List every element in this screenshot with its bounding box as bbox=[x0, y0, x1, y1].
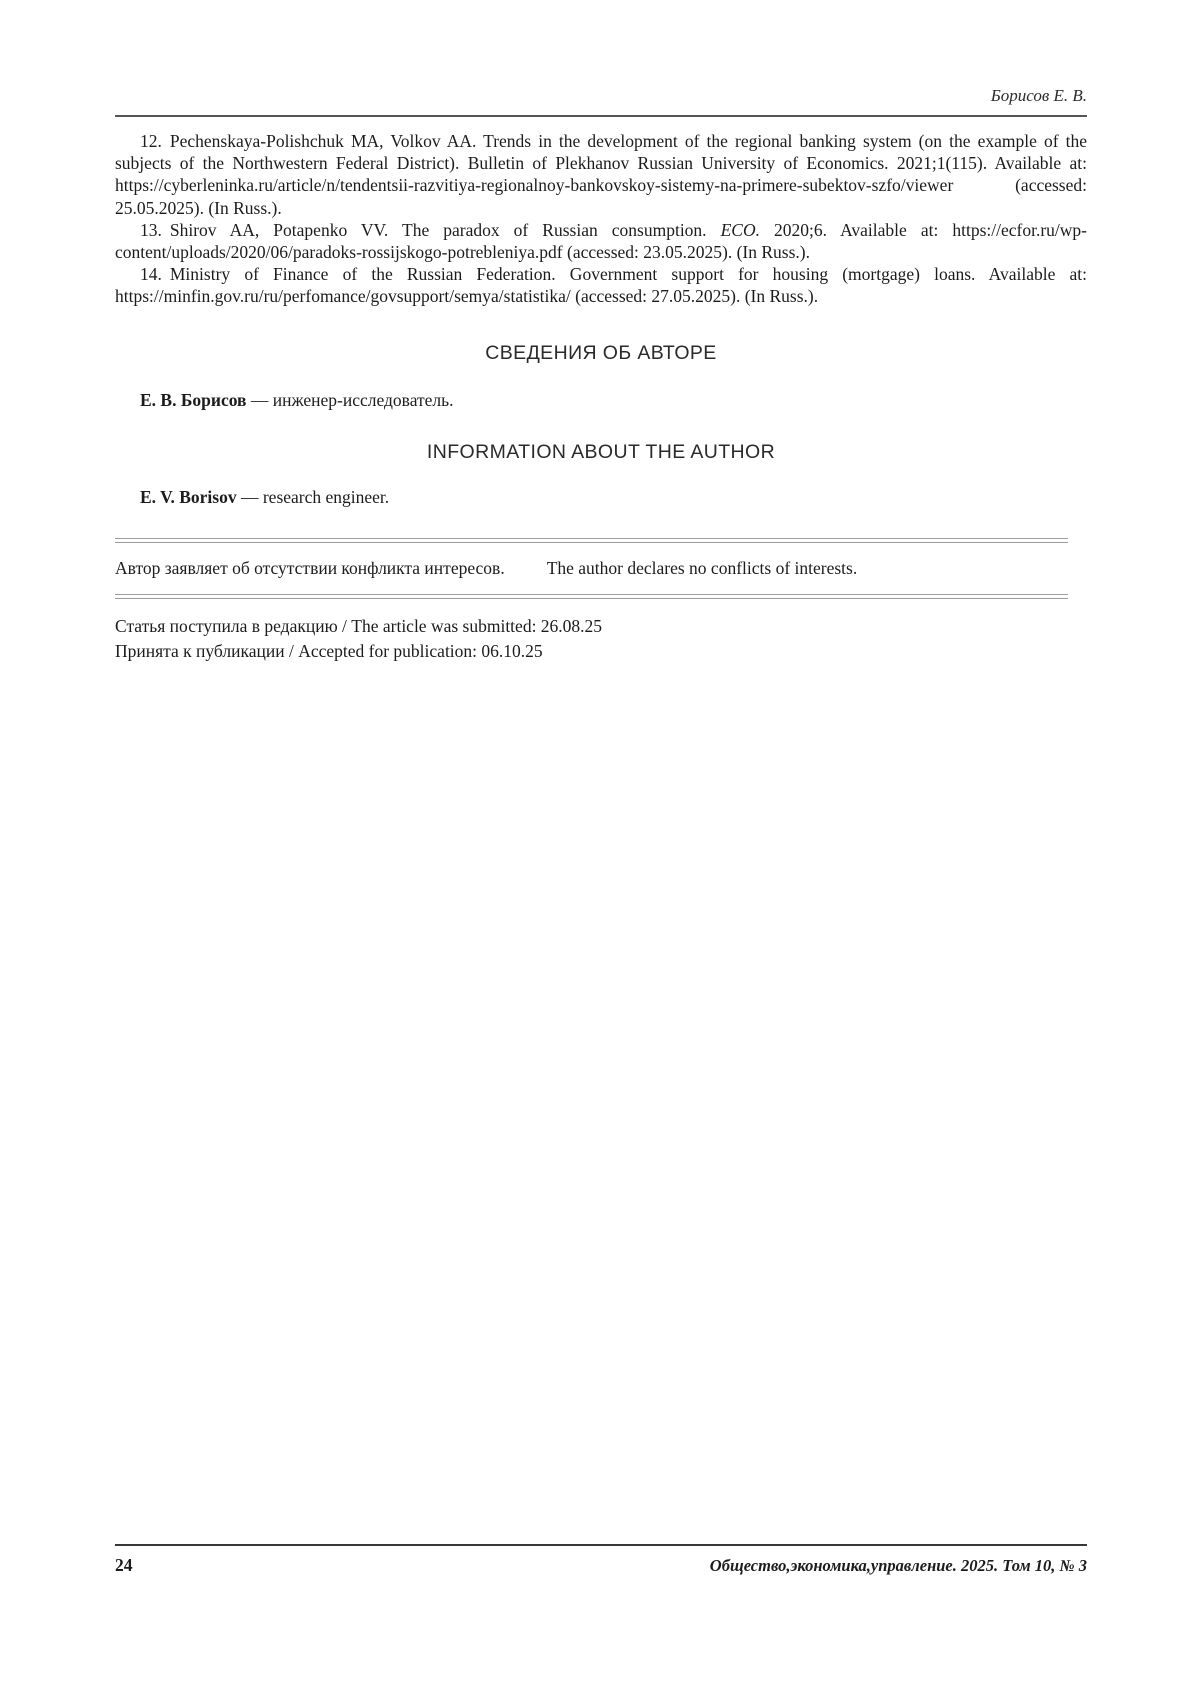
reference-number: 14. bbox=[140, 264, 162, 284]
conflict-of-interest-row: Автор заявляет об отсутствии конфликта и… bbox=[115, 557, 1087, 579]
section-heading-author-info-ru: СВЕДЕНИЯ ОБ АВТОРЕ bbox=[115, 342, 1087, 365]
reference-number: 12. bbox=[140, 131, 162, 151]
reference-text: Ministry of Finance of the Russian Feder… bbox=[115, 264, 1087, 306]
author-role-en: — research engineer. bbox=[237, 487, 390, 507]
reference-text: Shirov AA, Potapenko VV. The paradox of … bbox=[170, 220, 721, 240]
header-rule bbox=[115, 115, 1087, 117]
page-number: 24 bbox=[115, 1555, 133, 1576]
reference-item-13: 13.Shirov AA, Potapenko VV. The paradox … bbox=[115, 219, 1087, 263]
journal-footer-line: Общество,экономика,управление. 2025. Том… bbox=[710, 1556, 1087, 1576]
references-list: 12.Pechenskaya-Polishchuk MA, Volkov AA.… bbox=[115, 130, 1087, 308]
submission-dates: Статья поступила в редакцию / The articl… bbox=[115, 614, 1087, 664]
article-page: Борисов Е. В. 12.Pechenskaya-Polishchuk … bbox=[0, 0, 1200, 1697]
submitted-date-line: Статья поступила в редакцию / The articl… bbox=[115, 614, 1087, 639]
reference-text: Pechenskaya-Polishchuk MA, Volkov AA. Tr… bbox=[115, 131, 1087, 218]
author-line-en: E. V. Borisov — research engineer. bbox=[115, 486, 1087, 508]
conflict-statement-ru: Автор заявляет об отсутствии конфликта и… bbox=[115, 557, 505, 579]
author-line-ru: Е. В. Борисов — инженер-исследователь. bbox=[115, 389, 1087, 411]
reference-item-14: 14.Ministry of Finance of the Russian Fe… bbox=[115, 263, 1087, 307]
reference-journal-italic: ECO. bbox=[721, 220, 760, 240]
author-name-en: E. V. Borisov bbox=[140, 487, 237, 507]
reference-item-12: 12.Pechenskaya-Polishchuk MA, Volkov AA.… bbox=[115, 130, 1087, 219]
double-rule-bottom bbox=[115, 594, 1068, 599]
author-role-ru: — инженер-исследователь. bbox=[247, 390, 454, 410]
running-head: Борисов Е. В. bbox=[115, 0, 1087, 106]
page-footer: 24 Общество,экономика,управление. 2025. … bbox=[115, 1544, 1087, 1576]
section-heading-author-info-en: INFORMATION ABOUT THE AUTHOR bbox=[115, 441, 1087, 464]
reference-number: 13. bbox=[140, 220, 162, 240]
conflict-statement-en: The author declares no conflicts of inte… bbox=[547, 557, 858, 579]
author-name-ru: Е. В. Борисов bbox=[140, 390, 247, 410]
accepted-date-line: Принята к публикации / Accepted for publ… bbox=[115, 639, 1087, 664]
double-rule-top bbox=[115, 538, 1068, 543]
